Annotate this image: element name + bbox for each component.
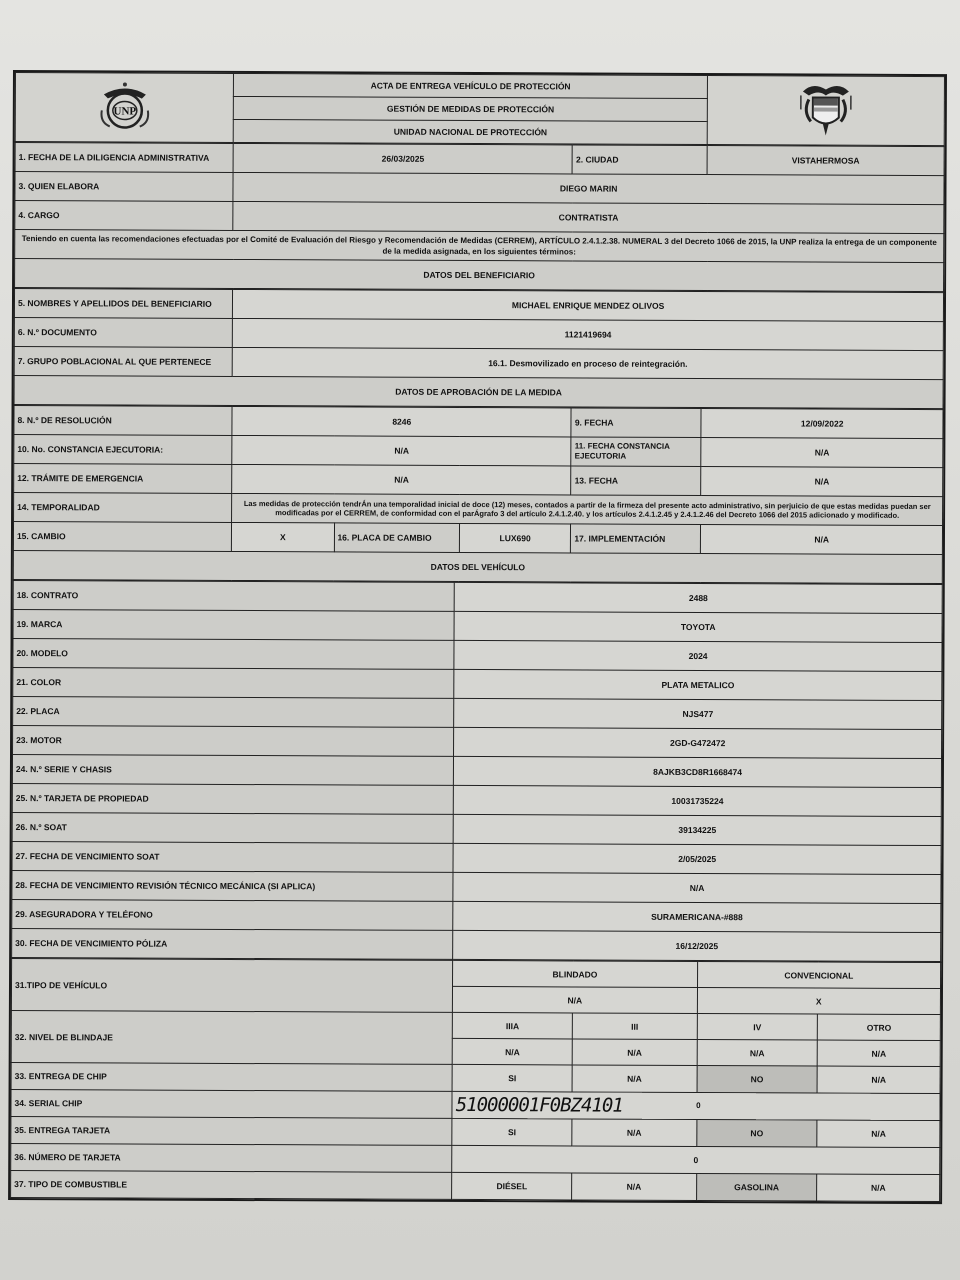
combustible-gasolina: GASOLINA xyxy=(696,1173,817,1201)
form-entity: UNIDAD NACIONAL DE PROTECCIÓN xyxy=(233,119,707,144)
documento-label: 6. N.º DOCUMENTO xyxy=(14,318,232,348)
unp-seal-icon: UNP xyxy=(89,80,159,132)
vehiculo-row-label: 28. FECHA DE VENCIMIENTO REVISIÓN TÉCNIC… xyxy=(12,871,453,902)
serial-chip-label: 34. SERIAL CHIP xyxy=(11,1090,452,1119)
vehiculo-row: 18. CONTRATO2488 xyxy=(13,581,942,614)
section-aprobacion: DATOS DE APROBACIÓN DE LA MEDIDA xyxy=(14,376,943,409)
chip-no-na: N/A xyxy=(817,1066,940,1094)
grupo-value: 16.1. Desmovilizado en proceso de reinte… xyxy=(232,347,943,379)
tipo-vehiculo-table: 31.TIPO DE VEHÍCULO BLINDADO CONVENCIONA… xyxy=(10,958,941,1202)
tarjeta-no: NO xyxy=(696,1119,817,1147)
ciudad-label: 2. CIUDAD xyxy=(572,145,707,175)
vehiculo-row: 25. N.º TARJETA DE PROPIEDAD10031735224 xyxy=(12,784,941,817)
vehiculo-row: 24. N.º SERIE Y CHASIS8AJKB3CD8R1668474 xyxy=(12,755,941,788)
resolucion-value: 8246 xyxy=(232,406,571,436)
beneficiario-table: 5. NOMBRES Y APELLIDOS DEL BENEFICIARIO … xyxy=(14,288,945,409)
nivel-header-iii: III xyxy=(572,1013,697,1040)
vehiculo-table: 18. CONTRATO248819. MARCATOYOTA20. MODEL… xyxy=(11,580,943,962)
placa-cambio-value: LUX690 xyxy=(459,523,571,552)
temporalidad-label: 14. TEMPORALIDAD xyxy=(14,493,232,523)
quien-elabora-value: DIEGO MARIN xyxy=(233,172,944,204)
vehiculo-row-label: 29. ASEGURADORA Y TELÉFONO xyxy=(12,900,453,931)
acta-form: UNP ACTA DE ENTREGA VEHÍCULO DE PROTECCI… xyxy=(8,70,947,1204)
emergencia-label: 12. TRÁMITE DE EMERGENCIA xyxy=(14,464,232,494)
temporalidad-value: Las medidas de protección tendrÁn una te… xyxy=(232,493,943,525)
combustible-diesel-na: N/A xyxy=(572,1173,697,1201)
form-title: ACTA DE ENTREGA VEHÍCULO DE PROTECCIÓN xyxy=(234,73,708,98)
nivel-value-iii: N/A xyxy=(572,1039,697,1066)
fecha13-value: N/A xyxy=(701,467,943,497)
ciudad-value: VISTAHERMOSA xyxy=(707,146,944,176)
nombre-label: 5. NOMBRES Y APELLIDOS DEL BENEFICIARIO xyxy=(14,289,232,319)
nivel-value-otro: N/A xyxy=(818,1040,941,1067)
cargo-label: 4. CARGO xyxy=(15,201,233,231)
implementacion-label: 17. IMPLEMENTACIÓN xyxy=(571,524,701,554)
grupo-label: 7. GRUPO POBLACIONAL AL QUE PERTENECE xyxy=(14,347,232,377)
vehiculo-row-value: NJS477 xyxy=(454,698,942,729)
nivel-header-iiia: IIIA xyxy=(453,1012,573,1039)
coat-of-arms-cell xyxy=(707,76,944,146)
vehiculo-row-label: 30. FECHA DE VENCIMIENTO PÓLIZA xyxy=(12,929,453,960)
fecha9-label: 9. FECHA xyxy=(571,408,701,438)
cambio-value: X xyxy=(232,522,334,551)
combustible-diesel: DIÉSEL xyxy=(452,1172,572,1200)
nivel-header-otro: OTRO xyxy=(818,1014,941,1041)
vehiculo-row: 30. FECHA DE VENCIMIENTO PÓLIZA16/12/202… xyxy=(12,929,941,962)
aprobacion-table: 8. N.º DE RESOLUCIÓN 8246 9. FECHA 12/09… xyxy=(13,405,944,584)
entrega-chip-label: 33. ENTREGA DE CHIP xyxy=(11,1063,452,1092)
nivel-value-iiia: N/A xyxy=(452,1038,572,1065)
fecha-constancia-label: 11. FECHA CONSTANCIA EJECUTORIA xyxy=(571,437,701,467)
cargo-value: CONTRATISTA xyxy=(233,201,944,233)
constancia-label: 10. No. CONSTANCIA EJECUTORIA: xyxy=(14,435,232,465)
section-beneficiario: DATOS DEL BENEFICIARIO xyxy=(15,259,944,292)
cambio-label: 15. CAMBIO xyxy=(13,522,231,552)
vehiculo-row-value: 2/05/2025 xyxy=(453,843,941,874)
vehiculo-row-value: PLATA METALICO xyxy=(454,669,942,700)
vehiculo-row-value: 8AJKB3CD8R1668474 xyxy=(454,756,942,787)
fecha9-value: 12/09/2022 xyxy=(701,409,943,439)
convencional-header: CONVENCIONAL xyxy=(697,961,941,988)
vehiculo-row: 20. MODELO2024 xyxy=(13,639,942,672)
vehiculo-row: 28. FECHA DE VENCIMIENTO REVISIÓN TÉCNIC… xyxy=(12,871,941,904)
combustible-gasolina-na: N/A xyxy=(817,1174,940,1202)
vehiculo-row-label: 26. N.º SOAT xyxy=(12,813,453,844)
vehiculo-row: 22. PLACANJS477 xyxy=(13,697,942,730)
chip-si: SI xyxy=(452,1064,572,1092)
chip-no: NO xyxy=(697,1065,818,1093)
fecha-diligencia-label: 1. FECHA DE LA DILIGENCIA ADMINISTRATIVA xyxy=(15,143,233,173)
vehiculo-row-label: 18. CONTRATO xyxy=(13,581,454,612)
vehiculo-row-value: 10031735224 xyxy=(454,785,942,816)
resolucion-label: 8. N.º DE RESOLUCIÓN xyxy=(14,406,232,436)
vehiculo-row: 27. FECHA DE VENCIMIENTO SOAT2/05/2025 xyxy=(12,842,941,875)
nivel-value-iv: N/A xyxy=(697,1039,818,1066)
blindado-value: N/A xyxy=(453,986,697,1013)
tipo-vehiculo-label: 31.TIPO DE VEHÍCULO xyxy=(11,959,452,1013)
photographed-page: UNP ACTA DE ENTREGA VEHÍCULO DE PROTECCI… xyxy=(0,0,960,1280)
svg-text:UNP: UNP xyxy=(113,105,136,117)
vehiculo-row-label: 25. N.º TARJETA DE PROPIEDAD xyxy=(12,784,453,815)
vehiculo-row-value: N/A xyxy=(453,872,941,903)
vehiculo-row-value: 2024 xyxy=(454,640,942,671)
combustible-label: 37. TIPO DE COMBUSTIBLE xyxy=(11,1171,452,1200)
quien-elabora-label: 3. QUIEN ELABORA xyxy=(15,172,233,202)
header-table: UNP ACTA DE ENTREGA VEHÍCULO DE PROTECCI… xyxy=(15,72,945,146)
convencional-value: X xyxy=(697,987,941,1014)
fecha-diligencia-value: 26/03/2025 xyxy=(233,143,572,173)
vehiculo-row-value: TOYOTA xyxy=(454,611,942,642)
vehiculo-row-value: 39134225 xyxy=(453,814,941,845)
vehiculo-row-label: 22. PLACA xyxy=(13,697,454,728)
vehiculo-row: 23. MOTOR2GD-G472472 xyxy=(13,726,942,759)
vehiculo-row-label: 20. MODELO xyxy=(13,639,454,670)
tarjeta-no-na: N/A xyxy=(817,1120,940,1148)
nivel-blindaje-label: 32. NIVEL DE BLINDAJE xyxy=(11,1011,452,1065)
numero-tarjeta-label: 36. NÚMERO DE TARJETA xyxy=(11,1144,452,1173)
placa-cambio-label: 16. PLACA DE CAMBIO xyxy=(334,523,460,553)
unp-logo-cell: UNP xyxy=(15,73,234,143)
colombia-coat-of-arms-icon xyxy=(793,81,859,137)
vehiculo-row-label: 27. FECHA DE VENCIMIENTO SOAT xyxy=(12,842,453,873)
vehiculo-row-label: 19. MARCA xyxy=(13,610,454,641)
general-table: 1. FECHA DE LA DILIGENCIA ADMINISTRATIVA… xyxy=(14,142,945,292)
vehiculo-row: 21. COLORPLATA METALICO xyxy=(13,668,942,701)
vehiculo-row-value: 16/12/2025 xyxy=(453,930,941,961)
constancia-value: N/A xyxy=(232,435,571,465)
implementacion-value: N/A xyxy=(701,525,943,555)
vehiculo-row-value: SURAMERICANA-#888 xyxy=(453,901,941,932)
fecha13-label: 13. FECHA xyxy=(571,466,701,496)
tarjeta-si-na: N/A xyxy=(572,1119,697,1147)
vehiculo-row: 29. ASEGURADORA Y TELÉFONOSURAMERICANA-#… xyxy=(12,900,941,933)
emergencia-value: N/A xyxy=(232,464,571,494)
section-vehiculo: DATOS DEL VEHÍCULO xyxy=(13,551,942,584)
blindado-header: BLINDADO xyxy=(453,960,697,987)
serial-chip-value-cell: 51000001F0BZ4101 0 xyxy=(452,1091,940,1120)
vehiculo-row-label: 23. MOTOR xyxy=(13,726,454,757)
chip-si-na: N/A xyxy=(572,1065,697,1093)
serial-chip-printed: 0 xyxy=(696,1101,700,1110)
numero-tarjeta-value: 0 xyxy=(452,1145,940,1174)
serial-chip-handwritten: 51000001F0BZ4101 xyxy=(456,1094,623,1117)
vehiculo-row: 26. N.º SOAT39134225 xyxy=(12,813,941,846)
vehiculo-row-label: 24. N.º SERIE Y CHASIS xyxy=(12,755,453,786)
tarjeta-si: SI xyxy=(452,1118,572,1146)
intro-text: Teniendo en cuenta las recomendaciones e… xyxy=(15,230,944,263)
vehiculo-row-value: 2GD-G472472 xyxy=(454,727,942,758)
entrega-tarjeta-label: 35. ENTREGA TARJETA xyxy=(11,1117,452,1146)
fecha-constancia-value: N/A xyxy=(701,438,943,468)
vehiculo-row: 19. MARCATOYOTA xyxy=(13,610,942,643)
documento-value: 1121419694 xyxy=(233,318,944,350)
nivel-header-iv: IV xyxy=(697,1013,818,1040)
vehiculo-row-value: 2488 xyxy=(454,582,942,613)
nombre-value: MICHAEL ENRIQUE MENDEZ OLIVOS xyxy=(233,289,944,321)
vehiculo-row-label: 21. COLOR xyxy=(13,668,454,699)
form-subtitle: GESTIÓN DE MEDIDAS DE PROTECCIÓN xyxy=(234,96,708,121)
